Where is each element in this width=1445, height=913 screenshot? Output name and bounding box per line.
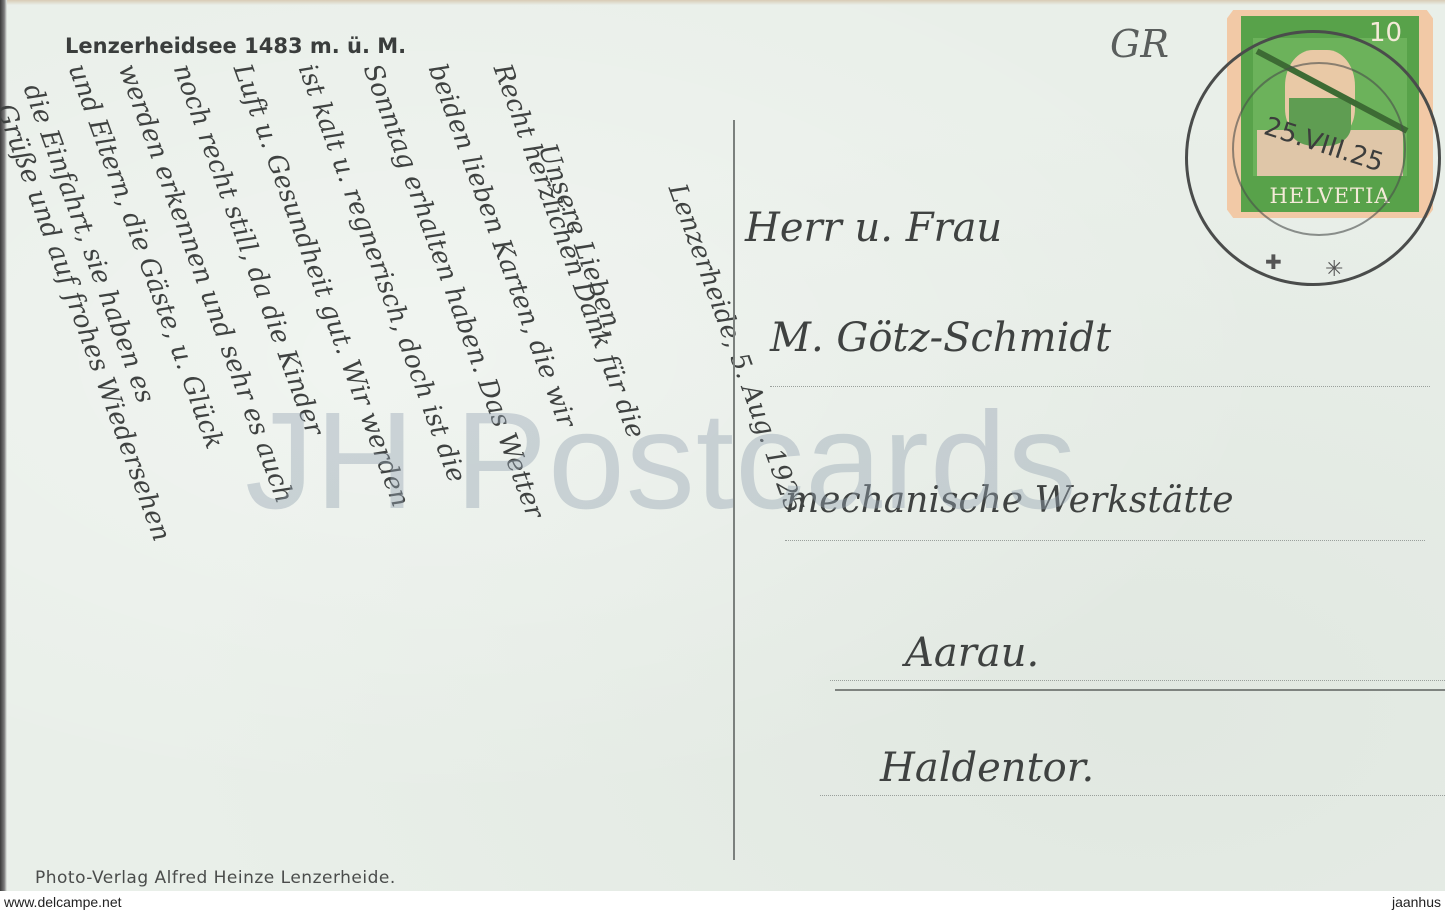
star-icon: ✳ (1325, 256, 1343, 282)
printed-heading: Lenzerheidsee 1483 m. ü. M. (65, 34, 406, 58)
handwritten-annotation: GR (1110, 22, 1169, 66)
address-rule (830, 680, 1445, 681)
watermark: JH Postcards (245, 382, 1078, 541)
address-line-4: Aarau. (905, 630, 1039, 676)
footer-right-label: jaanhus (1392, 894, 1441, 910)
swiss-cross-icon: ✚ (1265, 250, 1282, 275)
footer-left-link[interactable]: www.delcampe.net (4, 894, 122, 910)
address-line-2: M. Götz-Schmidt (770, 315, 1111, 361)
address-line-5: Haldentor. (880, 745, 1094, 791)
address-line-1: Herr u. Frau (745, 205, 1002, 251)
address-underline (835, 689, 1445, 691)
postcard-back: Lenzerheidsee 1483 m. ü. M. Unsere Liebe… (0, 0, 1445, 891)
address-rule (820, 795, 1445, 796)
stamp-value: 10 (1369, 18, 1402, 48)
publisher-line: Photo-Verlag Alfred Heinze Lenzerheide. (35, 868, 396, 888)
footer-bar: www.delcampe.net jaanhus (0, 891, 1445, 913)
card-top-edge (0, 0, 1445, 5)
